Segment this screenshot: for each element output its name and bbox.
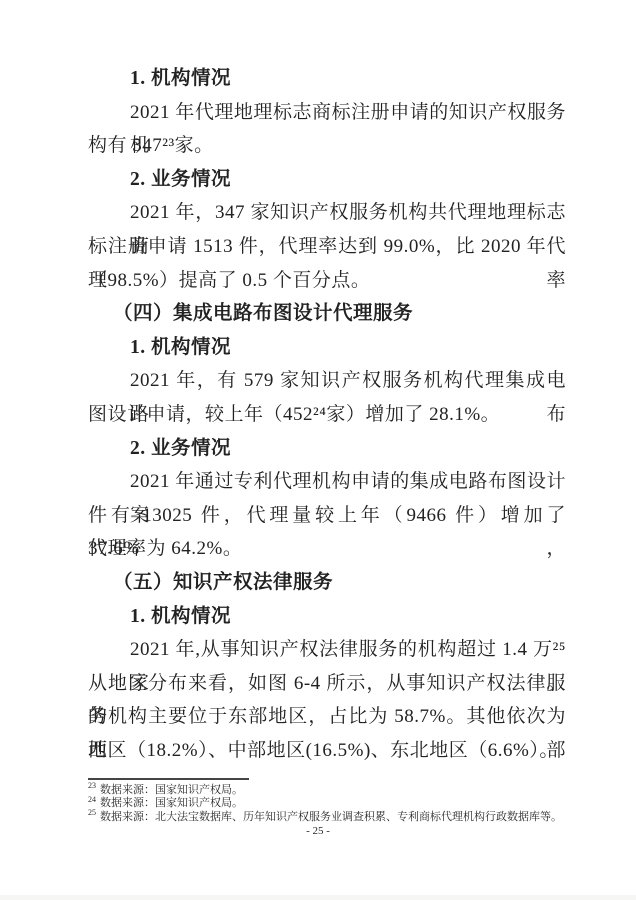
paragraph-line: 地区（18.2%）、中部地区(16.5%)、东北地区（6.6%）。 xyxy=(88,734,566,768)
paragraph-line: 的机构主要位于东部地区，占比为 58.7%。其他依次为西部 xyxy=(88,700,566,734)
subsection-heading: 1. 机构情况 xyxy=(88,600,566,634)
footnote: 25数据来源：北大法宝数据库、历年知识产权服务业调查积累、专利商标代理机构行政数… xyxy=(88,811,578,824)
footnotes: 23数据来源：国家知识产权局。 24数据来源：国家知识产权局。 25数据来源：北… xyxy=(88,784,578,824)
paragraph-line: 标注册申请 1513 件，代理率达到 99.0%，比 2020 年代理率 xyxy=(88,230,566,264)
paragraph-line: 图设计申请，较上年（452²⁴家）增加了 28.1%。 xyxy=(88,398,566,432)
footnote-text: 数据来源：北大法宝数据库、历年知识产权服务业调查积累、专利商标代理机构行政数据库… xyxy=(100,811,562,823)
footnote-marker: 24 xyxy=(88,795,96,804)
section-heading: （五）知识产权法律服务 xyxy=(88,566,566,600)
paragraph-line: 2021 年代理地理标志商标注册申请的知识产权服务机 xyxy=(88,96,566,130)
document-body: 1. 机构情况 2021 年代理地理标志商标注册申请的知识产权服务机 构有 34… xyxy=(88,62,566,767)
paragraph-line: 2021 年，347 家知识产权服务机构共代理地理标志商 xyxy=(88,196,566,230)
footnote-text: 数据来源：国家知识产权局。 xyxy=(100,784,243,796)
page-number: - 25 - xyxy=(0,825,636,837)
footnote-marker: 25 xyxy=(88,808,96,817)
footnote-text: 数据来源：国家知识产权局。 xyxy=(100,797,243,809)
document-page: 1. 机构情况 2021 年代理地理标志商标注册申请的知识产权服务机 构有 34… xyxy=(0,0,636,900)
subsection-heading: 2. 业务情况 xyxy=(88,432,566,466)
subsection-heading: 1. 机构情况 xyxy=(88,331,566,365)
paragraph-line: 2021 年,从事知识产权法律服务的机构超过 1.4 万²⁵家。 xyxy=(88,633,566,667)
footnote-separator xyxy=(88,778,249,780)
paragraph-line: 2021 年，有 579 家知识产权服务机构代理集成电路布 xyxy=(88,364,566,398)
subsection-heading: 2. 业务情况 xyxy=(88,163,566,197)
page-bottom-edge xyxy=(0,895,636,900)
subsection-heading: 1. 机构情况 xyxy=(88,62,566,96)
paragraph-line: 件有 13025 件，代理量较上年（9466 件）增加了 37.6%， xyxy=(88,499,566,533)
footnote: 24数据来源：国家知识产权局。 xyxy=(88,797,578,810)
paragraph-line: 2021 年通过专利代理机构申请的集成电路布图设计案 xyxy=(88,465,566,499)
footnote-marker: 23 xyxy=(88,781,96,790)
footnote: 23数据来源：国家知识产权局。 xyxy=(88,784,578,797)
paragraph-line: 构有 347²³家。 xyxy=(88,129,566,163)
paragraph-line: 从地区分布来看，如图 6-4 所示，从事知识产权法律服务 xyxy=(88,667,566,701)
section-heading: （四）集成电路布图设计代理服务 xyxy=(88,297,566,331)
